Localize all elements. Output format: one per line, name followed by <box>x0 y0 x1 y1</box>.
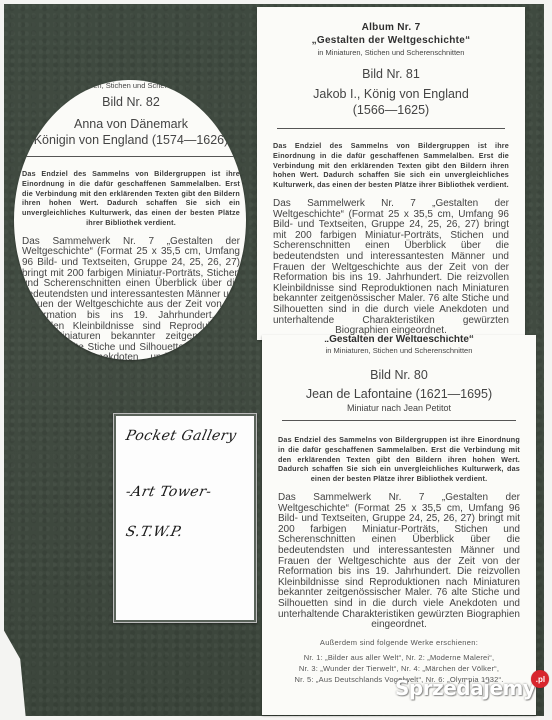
collection-intro: Das Endziel des Sammelns von Bildergrupp… <box>273 141 509 190</box>
works-line: Nr. 3: „Wunder der Tierwelt“, Nr. 4: „Mä… <box>278 663 520 674</box>
bild-number: Bild Nr. 80 <box>262 367 536 383</box>
portrait-title: Königin von England (1574—1626) <box>14 132 246 148</box>
album-name: „Gestalten der Weltgeschichte“ <box>257 34 525 47</box>
portrait-name: Jean de Lafontaine (1621—1695) <box>262 386 536 402</box>
card-bild-82-oval: ren, Stichen und Schere Bild Nr. 82 Anna… <box>14 80 246 360</box>
card-bild-81: Album Nr. 7 „Gestalten der Weltgeschicht… <box>257 7 525 340</box>
bild-number: Bild Nr. 82 <box>14 94 246 110</box>
watermark-badge-icon: .pl <box>531 670 549 688</box>
note-line-1: Pocket Gallery <box>124 428 238 444</box>
album-subtitle-cut: ren, Stichen und Schere <box>14 80 246 92</box>
watermark: Sprzedajemy .pl <box>395 676 549 700</box>
portrait-name: Anna von Dänemark <box>14 116 246 132</box>
divider <box>282 420 516 421</box>
divider <box>26 156 236 157</box>
card-bild-80: „Gestalten der Weltgeschichte“ in Miniat… <box>262 335 536 715</box>
portrait-dates: (1566—1625) <box>257 102 525 118</box>
also-published-heading: Außerdem sind folgende Werke erschienen: <box>262 638 536 647</box>
note-line-2: -Art Tower- <box>124 484 213 500</box>
collection-description: Das Sammelwerk Nr. 7 „Gestalten der Welt… <box>273 199 509 337</box>
handwritten-note: Pocket Gallery -Art Tower- S.T.W.P. <box>113 413 257 623</box>
collection-description: Das Sammelwerk Nr. 7 „Gestalten der Welt… <box>22 237 240 360</box>
collection-intro: Das Endziel des Sammelns von Bildergrupp… <box>278 435 520 484</box>
album-subtitle: in Miniaturen, Stichen und Scherenschnit… <box>257 47 525 59</box>
portrait-caption: Miniatur nach Jean Petitot <box>262 402 536 414</box>
divider <box>277 128 505 129</box>
album-subtitle: in Miniaturen, Stichen und Scherenschnit… <box>262 345 536 357</box>
bild-number: Bild Nr. 81 <box>257 66 525 82</box>
album-name-cut: „Gestalten der Weltgeschichte“ <box>262 335 536 342</box>
watermark-text: Sprzedajemy <box>395 676 535 700</box>
collection-intro: Das Endziel des Sammelns von Bildergrupp… <box>22 169 240 228</box>
collection-description: Das Sammelwerk Nr. 7 „Gestalten der Welt… <box>278 493 520 631</box>
note-line-3: S.T.W.P. <box>124 524 184 540</box>
works-line: Nr. 1: „Bilder aus aller Welt“, Nr. 2: „… <box>278 652 520 663</box>
album-title: Album Nr. 7 <box>257 21 525 34</box>
portrait-name: Jakob I., König von England <box>257 86 525 102</box>
